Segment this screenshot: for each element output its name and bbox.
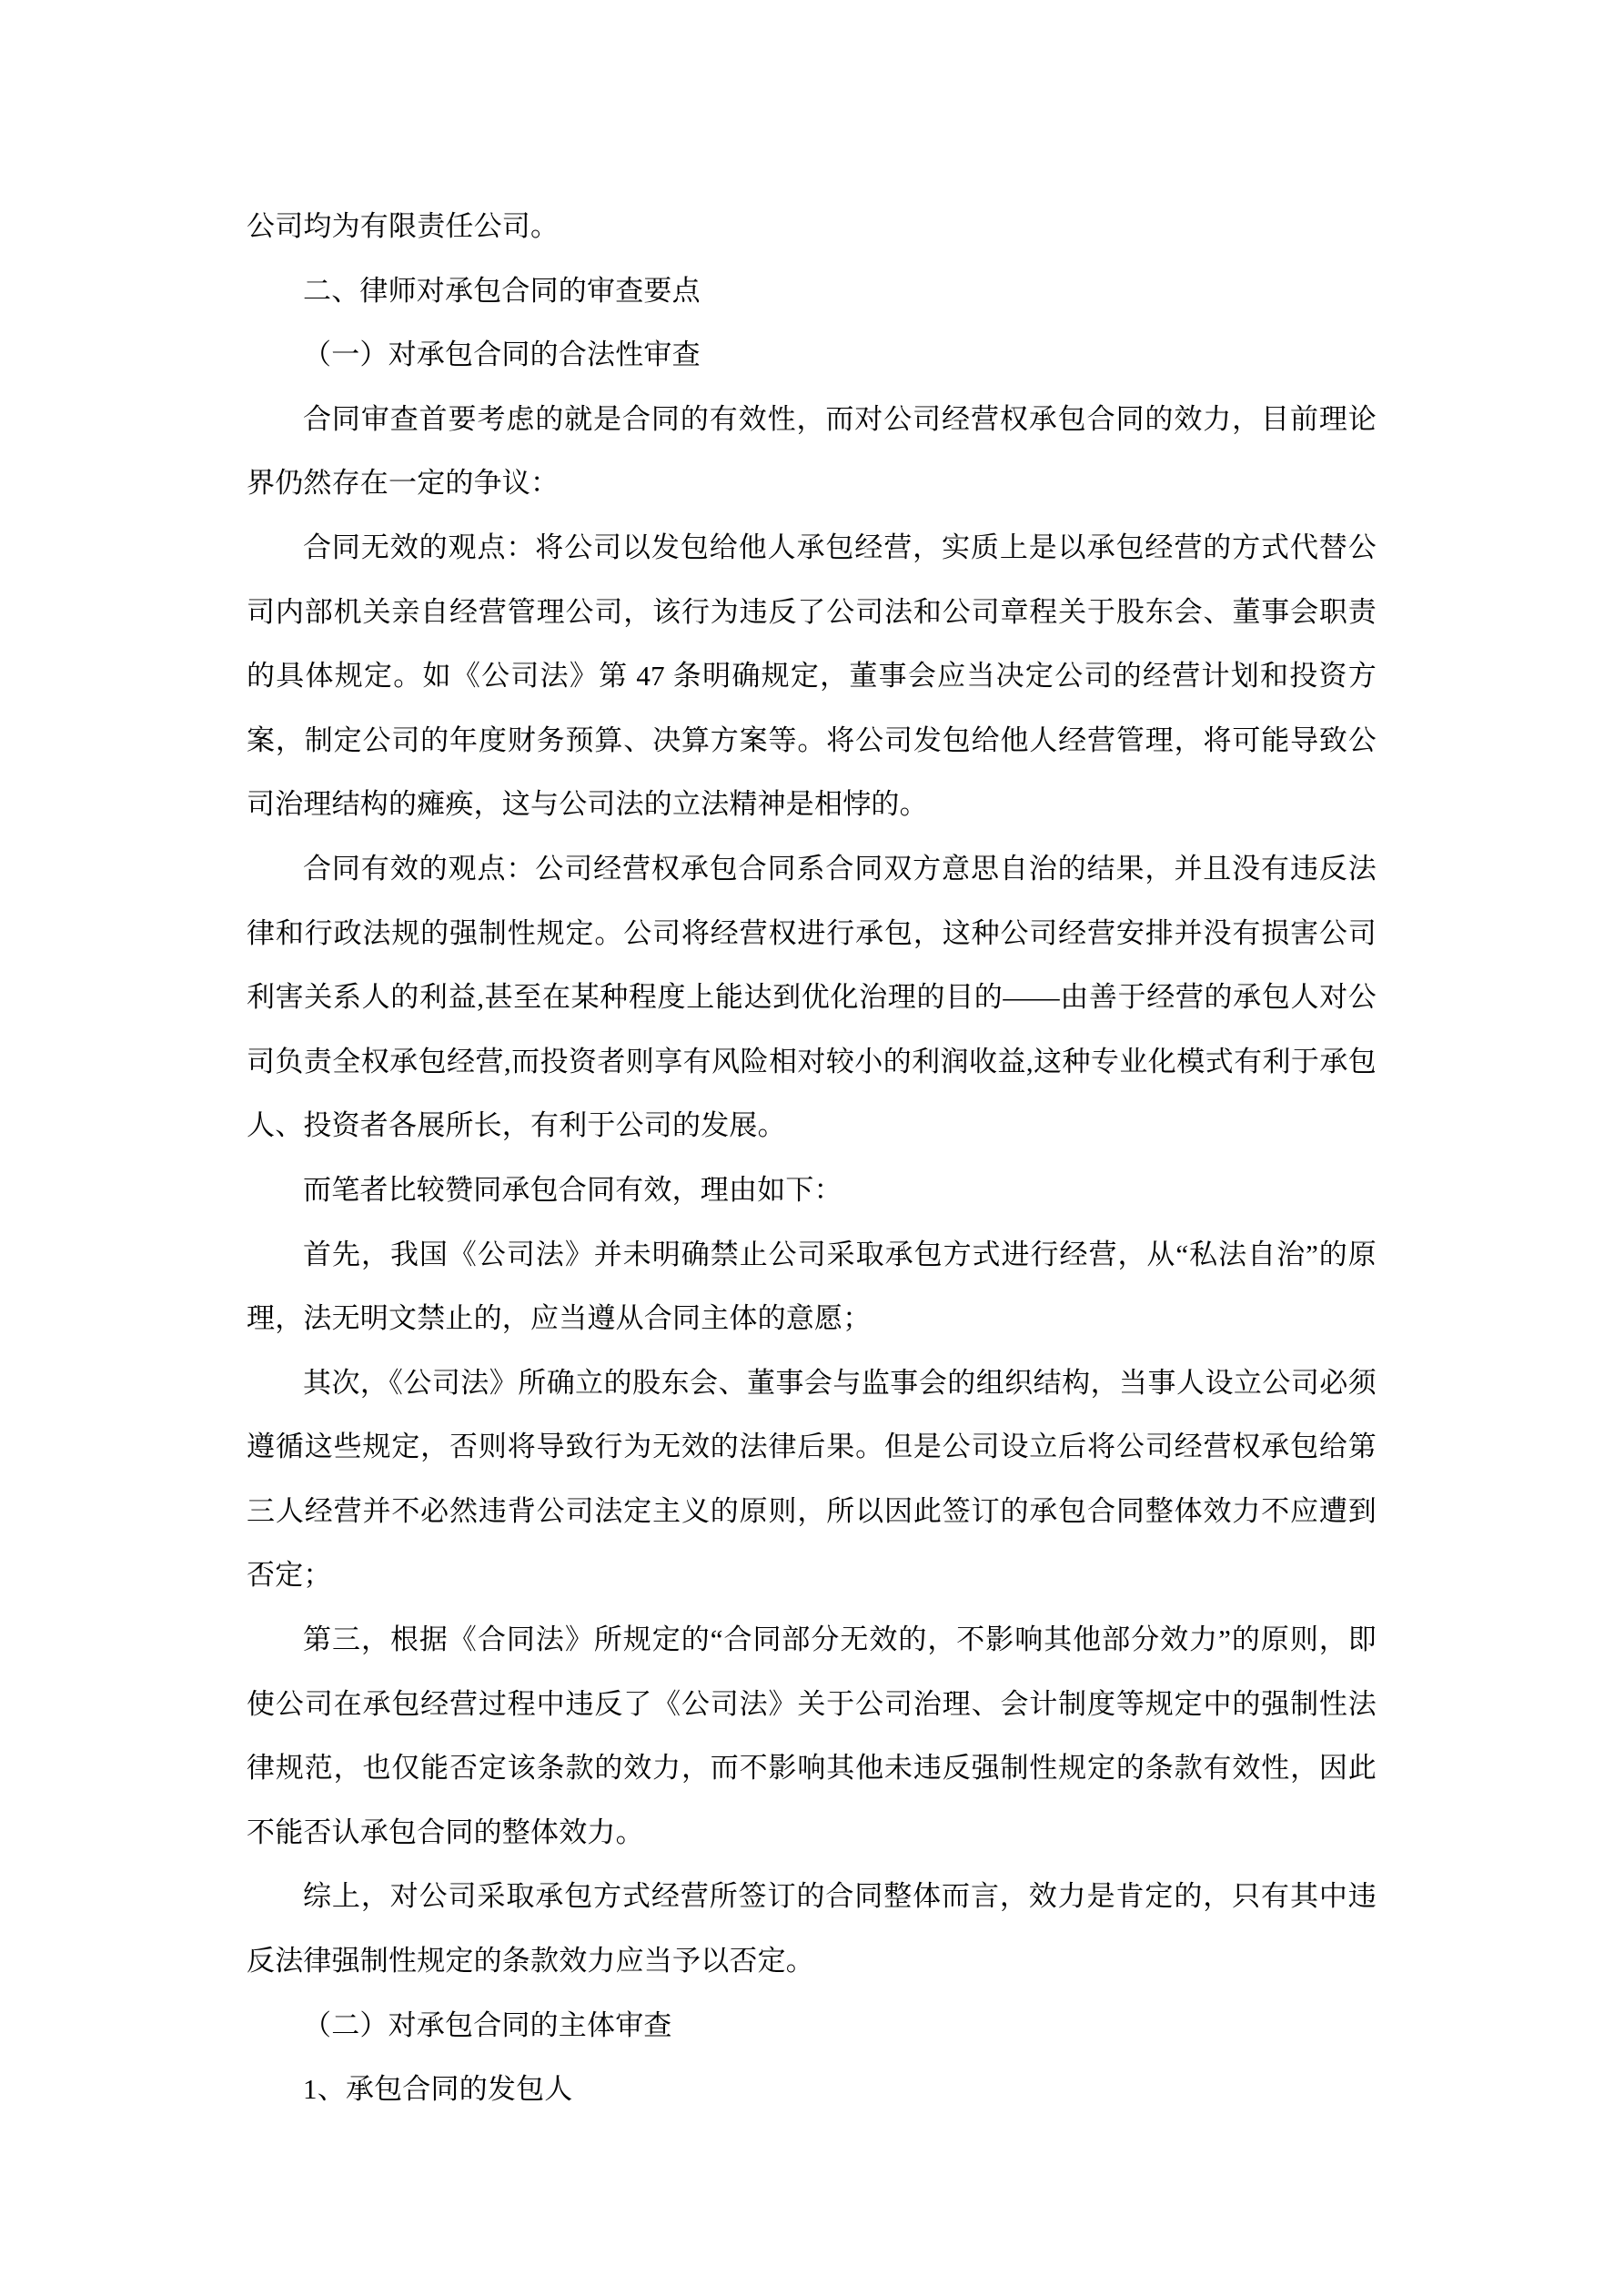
paragraph: 第三，根据《合同法》所规定的“合同部分无效的，不影响其他部分效力”的原则，即使公… xyxy=(247,1608,1377,1865)
paragraph: （一）对承包合同的合法性审查 xyxy=(247,323,1377,388)
paragraph: 合同审查首要考虑的就是合同的有效性，而对公司经营权承包合同的效力，目前理论界仍然… xyxy=(247,388,1377,516)
paragraph: 综上，对公司采取承包方式经营所签订的合同整体而言，效力是肯定的，只有其中违反法律… xyxy=(247,1865,1377,1993)
document-body: 公司均为有限责任公司。二、律师对承包合同的审查要点（一）对承包合同的合法性审查合… xyxy=(247,195,1377,2122)
paragraph: 1、承包合同的发包人 xyxy=(247,2058,1377,2122)
paragraph: 合同有效的观点：公司经营权承包合同系合同双方意思自治的结果，并且没有违反法律和行… xyxy=(247,837,1377,1158)
document-page: 公司均为有限责任公司。二、律师对承包合同的审查要点（一）对承包合同的合法性审查合… xyxy=(0,0,1624,2296)
paragraph: 公司均为有限责任公司。 xyxy=(247,195,1377,259)
paragraph: （二）对承包合同的主体审查 xyxy=(247,1994,1377,2058)
paragraph: 合同无效的观点：将公司以发包给他人承包经营，实质上是以承包经营的方式代替公司内部… xyxy=(247,516,1377,837)
paragraph: 二、律师对承包合同的审查要点 xyxy=(247,259,1377,324)
paragraph: 其次，《公司法》所确立的股东会、董事会与监事会的组织结构，当事人设立公司必须遵循… xyxy=(247,1351,1377,1608)
paragraph: 而笔者比较赞同承包合同有效，理由如下： xyxy=(247,1158,1377,1223)
paragraph: 首先，我国《公司法》并未明确禁止公司采取承包方式进行经营，从“私法自治”的原理，… xyxy=(247,1223,1377,1351)
